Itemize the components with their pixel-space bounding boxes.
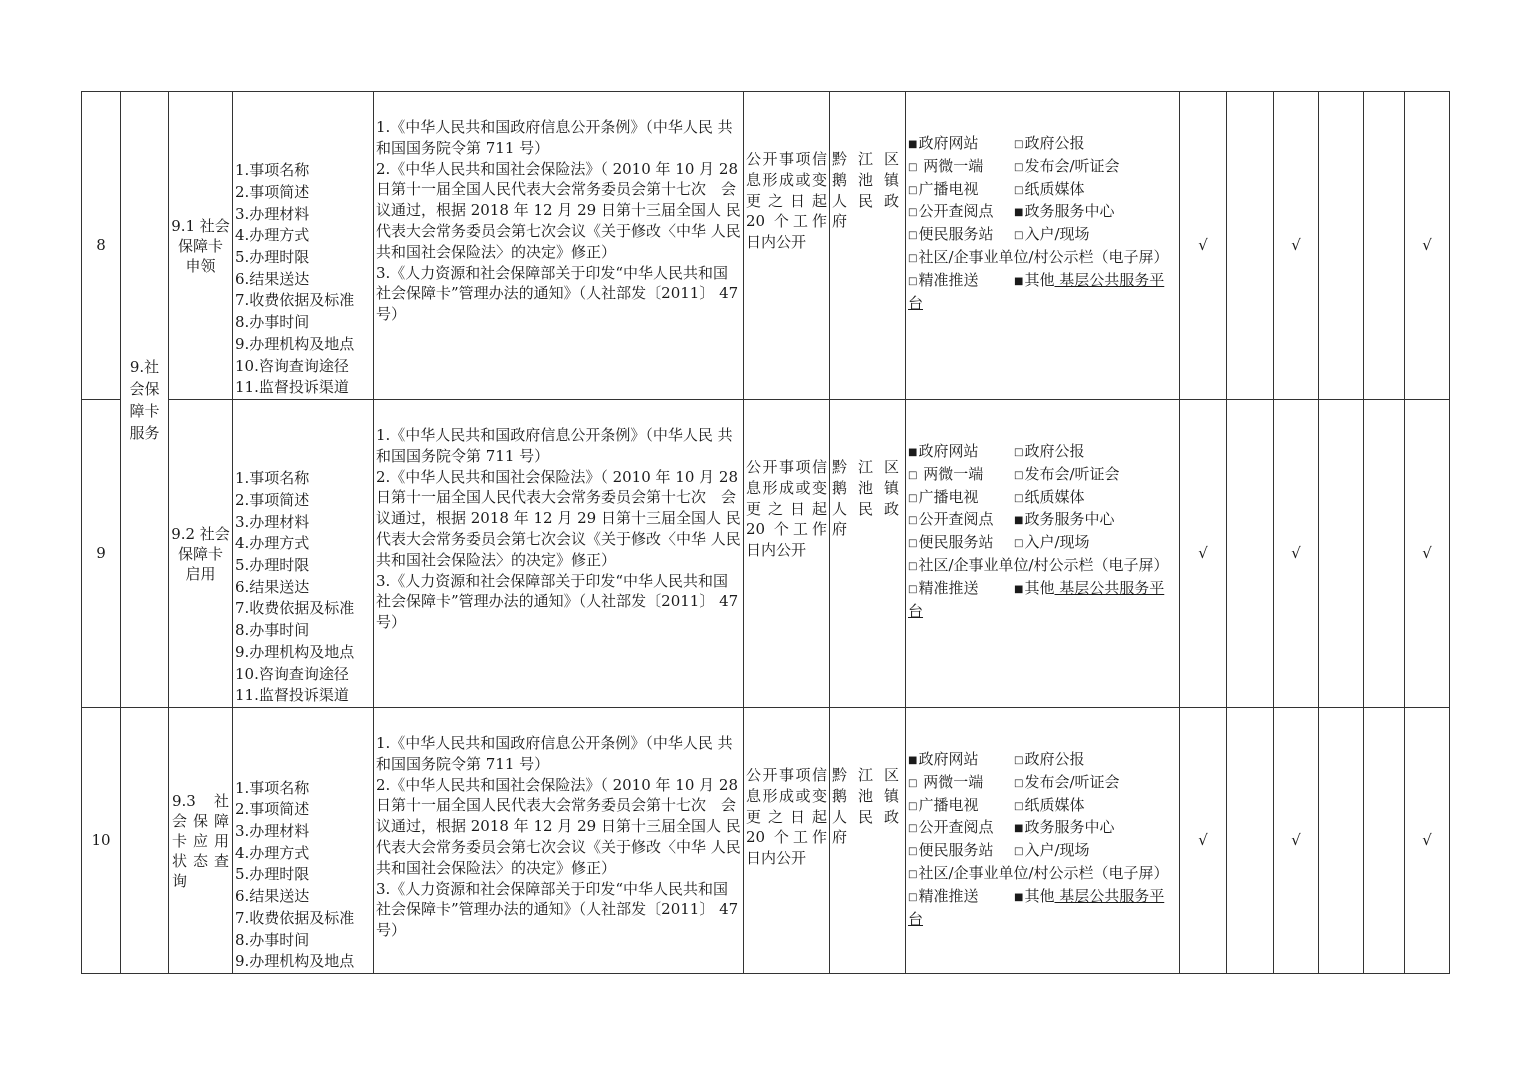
channel-label: 政务服务中心 (1024, 202, 1114, 220)
disclosure-channels: ■政府网站□政府公报□ 两微一端□发布会/听证会□广播电视□纸质媒体□公开查阅点… (906, 708, 1180, 974)
channel-line: □社区/企事业单位/村公示栏（电子屏） (908, 863, 1177, 886)
channel-line: □便民服务站□入户/现场 (908, 840, 1177, 863)
channel-label: 两微一端 (918, 157, 983, 175)
channel-label: 发布会/听证会 (1024, 465, 1119, 483)
element-item: 5.办理时限 (235, 247, 371, 269)
channel-option: □便民服务站 (908, 224, 1014, 247)
legal-basis: 1.《中华人民共和国政府信息公开条例》（中华人民 共和国国务院令第 711 号）… (374, 92, 744, 400)
channel-label: 纸质媒体 (1024, 796, 1084, 814)
element-item: 5.办理时限 (235, 864, 371, 886)
checkmark-cell: √ (1405, 92, 1450, 400)
channel-option: □社区/企事业单位/村公示栏（电子屏） (908, 556, 1169, 574)
channel-label: 入户/现场 (1024, 225, 1089, 243)
element-item: 1.事项名称 (235, 468, 371, 490)
checked-box-icon: ■ (1014, 823, 1023, 834)
category-cell: 9.社会保障卡服务 (121, 92, 169, 708)
unchecked-box-icon: □ (908, 801, 917, 812)
disclosure-subject: 黔江区鹅池镇人民政府 (830, 92, 906, 400)
channel-option: □纸质媒体 (1014, 796, 1084, 814)
item-name: 9.2 社会保障卡启用 (169, 400, 233, 708)
channel-option: □公开查阅点 (908, 201, 1014, 224)
channel-label: 入户/现场 (1024, 533, 1089, 551)
channel-option: ■政府网站 (908, 133, 1014, 156)
unchecked-box-icon: □ (908, 892, 917, 903)
channel-line: □公开查阅点■政务服务中心 (908, 201, 1177, 224)
element-item: 10.咨询查询途径 (235, 356, 371, 378)
channel-line: □广播电视□纸质媒体 (908, 795, 1177, 818)
channel-option: □便民服务站 (908, 840, 1014, 863)
channel-line: ■政府网站□政府公报 (908, 749, 1177, 772)
channel-option: ■政府网站 (908, 749, 1014, 772)
element-item: 4.办理方式 (235, 225, 371, 247)
legal-basis: 1.《中华人民共和国政府信息公开条例》（中华人民 共和国国务院令第 711 号）… (374, 400, 744, 708)
unchecked-box-icon: □ (908, 846, 917, 857)
unchecked-box-icon: □ (1014, 755, 1023, 766)
channel-label: 政府公报 (1024, 442, 1084, 460)
unchecked-box-icon: □ (908, 778, 917, 789)
channel-label: 其他 (1024, 887, 1054, 905)
check-cell (1364, 400, 1405, 708)
check-cell (1227, 92, 1274, 400)
element-item: 2.事项简述 (235, 182, 371, 204)
unchecked-box-icon: □ (1014, 447, 1023, 458)
channel-label: 精准推送 (918, 887, 978, 905)
element-item: 6.结果送达 (235, 269, 371, 291)
table-row: 8 9.社会保障卡服务 9.1 社会保障卡申领 1.事项名称2.事项简述3.办理… (82, 92, 1450, 400)
channel-option: □便民服务站 (908, 532, 1014, 555)
checked-box-icon: ■ (1014, 207, 1023, 218)
channel-option: ■政务服务中心 (1014, 202, 1114, 220)
channel-option: ■政府网站 (908, 441, 1014, 464)
channel-option: □精准推送 (908, 270, 1014, 293)
channel-option: □发布会/听证会 (1014, 157, 1120, 175)
channel-option: □入户/现场 (1014, 533, 1090, 551)
unchecked-box-icon: □ (908, 470, 917, 481)
basis-item: 3.《人力资源和社会保障部关于印发“中华人民共和国社会保障卡”管理办法的通知》（… (376, 263, 741, 325)
channel-line: □广播电视□纸质媒体 (908, 179, 1177, 202)
time-limit: 公开事项信息形成或变更之日起 20 个工作日内公开 (744, 400, 830, 708)
channel-line: □社区/企事业单位/村公示栏（电子屏） (908, 555, 1177, 578)
check-cell (1227, 400, 1274, 708)
category-cell (121, 708, 169, 974)
channel-label: 两微一端 (918, 773, 983, 791)
channel-option: □政府公报 (1014, 442, 1084, 460)
channel-label: 公开查阅点 (918, 202, 993, 220)
check-cell (1319, 92, 1364, 400)
unchecked-box-icon: □ (908, 276, 917, 287)
disclosure-subject: 黔江区鹅池镇人民政府 (830, 708, 906, 974)
channel-label: 政府公报 (1024, 750, 1084, 768)
element-item: 9.办理机构及地点 (235, 642, 371, 664)
channel-line: □公开查阅点■政务服务中心 (908, 817, 1177, 840)
channel-line: □公开查阅点■政务服务中心 (908, 509, 1177, 532)
channel-line: ■政府网站□政府公报 (908, 441, 1177, 464)
channel-option: □公开查阅点 (908, 817, 1014, 840)
check-cell (1319, 708, 1364, 974)
element-item: 10.咨询查询途径 (235, 664, 371, 686)
other-channel-value-cont: 台 (908, 909, 1177, 930)
channel-option: □广播电视 (908, 487, 1014, 510)
channel-option: □政府公报 (1014, 750, 1084, 768)
other-channel-value: 基层公共服务平 (1054, 579, 1164, 597)
unchecked-box-icon: □ (908, 869, 917, 880)
element-item: 3.办理材料 (235, 512, 371, 534)
channel-option: □公开查阅点 (908, 509, 1014, 532)
checked-box-icon: ■ (908, 139, 917, 150)
channel-label: 入户/现场 (1024, 841, 1089, 859)
unchecked-box-icon: □ (908, 561, 917, 572)
element-item: 9.办理机构及地点 (235, 951, 371, 973)
channel-label: 社区/企事业单位/村公示栏（电子屏） (918, 248, 1168, 266)
channel-label: 公开查阅点 (918, 510, 993, 528)
channel-label: 精准推送 (918, 271, 978, 289)
element-item: 11.监督投诉渠道 (235, 685, 371, 707)
basis-item: 2.《中华人民共和国社会保险法》（ 2010 年 10 月 28 日第十一届全国… (376, 467, 741, 571)
channel-line: □精准推送■其他 基层公共服务平 (908, 270, 1177, 293)
item-name: 9.3 社会保障卡应用状态查询 (169, 708, 233, 974)
channel-line: □广播电视□纸质媒体 (908, 487, 1177, 510)
channel-option: □入户/现场 (1014, 225, 1090, 243)
channel-label: 社区/企事业单位/村公示栏（电子屏） (918, 864, 1168, 882)
channel-line: ■政府网站□政府公报 (908, 133, 1177, 156)
channel-option: □发布会/听证会 (1014, 465, 1120, 483)
disclosure-elements: 1.事项名称2.事项简述3.办理材料4.办理方式5.办理时限6.结果送达7.收费… (233, 708, 374, 974)
basis-item: 2.《中华人民共和国社会保险法》（ 2010 年 10 月 28 日第十一届全国… (376, 775, 741, 879)
channel-label: 政府网站 (918, 750, 978, 768)
other-channel-value-cont: 台 (908, 293, 1177, 314)
channel-line: □便民服务站□入户/现场 (908, 224, 1177, 247)
channel-option: □社区/企事业单位/村公示栏（电子屏） (908, 864, 1169, 882)
channel-option: ■政务服务中心 (1014, 818, 1114, 836)
element-item: 8.办事时间 (235, 312, 371, 334)
channel-line: □便民服务站□入户/现场 (908, 532, 1177, 555)
checkmark-cell: √ (1180, 92, 1227, 400)
unchecked-box-icon: □ (1014, 493, 1023, 504)
unchecked-box-icon: □ (908, 185, 917, 196)
channel-option: □政府公报 (1014, 134, 1084, 152)
channel-line: □精准推送■其他 基层公共服务平 (908, 886, 1177, 909)
channel-option: ■其他 基层公共服务平 (1014, 579, 1164, 597)
element-item: 9.办理机构及地点 (235, 334, 371, 356)
legal-basis: 1.《中华人民共和国政府信息公开条例》（中华人民 共和国国务院令第 711 号）… (374, 708, 744, 974)
channel-label: 纸质媒体 (1024, 180, 1084, 198)
other-channel-value-cont: 台 (908, 601, 1177, 622)
channel-label: 政府公报 (1024, 134, 1084, 152)
unchecked-box-icon: □ (1014, 139, 1023, 150)
unchecked-box-icon: □ (908, 162, 917, 173)
checkmark-cell: √ (1180, 400, 1227, 708)
disclosure-table: 8 9.社会保障卡服务 9.1 社会保障卡申领 1.事项名称2.事项简述3.办理… (81, 91, 1450, 974)
channel-line: □ 两微一端□发布会/听证会 (908, 772, 1177, 795)
unchecked-box-icon: □ (908, 538, 917, 549)
other-channel-value: 基层公共服务平 (1054, 271, 1164, 289)
element-item: 2.事项简述 (235, 799, 371, 821)
unchecked-box-icon: □ (1014, 470, 1023, 481)
item-name: 9.1 社会保障卡申领 (169, 92, 233, 400)
element-item: 8.办事时间 (235, 930, 371, 952)
checkmark-cell: √ (1180, 708, 1227, 974)
disclosure-elements: 1.事项名称2.事项简述3.办理材料4.办理方式5.办理时限6.结果送达7.收费… (233, 400, 374, 708)
channel-label: 公开查阅点 (918, 818, 993, 836)
basis-item: 1.《中华人民共和国政府信息公开条例》（中华人民 共和国国务院令第 711 号） (376, 117, 741, 159)
channel-label: 政务服务中心 (1024, 510, 1114, 528)
channel-option: ■其他 基层公共服务平 (1014, 887, 1164, 905)
channel-option: □广播电视 (908, 179, 1014, 202)
element-item: 7.收费依据及标准 (235, 598, 371, 620)
basis-item: 1.《中华人民共和国政府信息公开条例》（中华人民 共和国国务院令第 711 号） (376, 733, 741, 775)
channel-label: 发布会/听证会 (1024, 157, 1119, 175)
row-number: 10 (82, 708, 121, 974)
element-item: 3.办理材料 (235, 821, 371, 843)
unchecked-box-icon: □ (1014, 230, 1023, 241)
channel-label: 其他 (1024, 271, 1054, 289)
unchecked-box-icon: □ (1014, 778, 1023, 789)
disclosure-subject: 黔江区鹅池镇人民政府 (830, 400, 906, 708)
channel-label: 便民服务站 (918, 225, 993, 243)
unchecked-box-icon: □ (908, 207, 917, 218)
element-item: 2.事项简述 (235, 490, 371, 512)
element-item: 1.事项名称 (235, 778, 371, 800)
unchecked-box-icon: □ (908, 230, 917, 241)
channel-option: □ 两微一端 (908, 772, 1014, 795)
channel-option: ■其他 基层公共服务平 (1014, 271, 1164, 289)
channel-label: 政府网站 (918, 442, 978, 460)
checked-box-icon: ■ (1014, 276, 1023, 287)
checked-box-icon: ■ (1014, 584, 1023, 595)
unchecked-box-icon: □ (1014, 801, 1023, 812)
channel-label: 两微一端 (918, 465, 983, 483)
checkmark-cell: √ (1274, 708, 1319, 974)
disclosure-channels: ■政府网站□政府公报□ 两微一端□发布会/听证会□广播电视□纸质媒体□公开查阅点… (906, 92, 1180, 400)
channel-option: □社区/企事业单位/村公示栏（电子屏） (908, 248, 1169, 266)
check-cell (1364, 708, 1405, 974)
channel-option: □ 两微一端 (908, 464, 1014, 487)
element-item: 3.办理材料 (235, 204, 371, 226)
channel-option: □广播电视 (908, 795, 1014, 818)
element-item: 11.监督投诉渠道 (235, 377, 371, 399)
element-item: 8.办事时间 (235, 620, 371, 642)
element-item: 1.事项名称 (235, 160, 371, 182)
unchecked-box-icon: □ (1014, 185, 1023, 196)
channel-line: □精准推送■其他 基层公共服务平 (908, 578, 1177, 601)
unchecked-box-icon: □ (1014, 846, 1023, 857)
table-row: 9 9.2 社会保障卡启用 1.事项名称2.事项简述3.办理材料4.办理方式5.… (82, 400, 1450, 708)
element-item: 7.收费依据及标准 (235, 290, 371, 312)
unchecked-box-icon: □ (908, 823, 917, 834)
unchecked-box-icon: □ (908, 515, 917, 526)
row-number: 8 (82, 92, 121, 400)
disclosure-channels: ■政府网站□政府公报□ 两微一端□发布会/听证会□广播电视□纸质媒体□公开查阅点… (906, 400, 1180, 708)
disclosure-elements: 1.事项名称2.事项简述3.办理材料4.办理方式5.办理时限6.结果送达7.收费… (233, 92, 374, 400)
basis-item: 2.《中华人民共和国社会保险法》（ 2010 年 10 月 28 日第十一届全国… (376, 159, 741, 263)
channel-label: 广播电视 (918, 488, 978, 506)
checkmark-cell: √ (1405, 400, 1450, 708)
channel-label: 广播电视 (918, 180, 978, 198)
unchecked-box-icon: □ (908, 253, 917, 264)
time-limit: 公开事项信息形成或变更之日起 20 个工作日内公开 (744, 708, 830, 974)
checkmark-cell: √ (1274, 92, 1319, 400)
basis-item: 3.《人力资源和社会保障部关于印发“中华人民共和国社会保障卡”管理办法的通知》（… (376, 571, 741, 633)
channel-label: 便民服务站 (918, 533, 993, 551)
checked-box-icon: ■ (1014, 515, 1023, 526)
channel-option: □入户/现场 (1014, 841, 1090, 859)
checkmark-cell: √ (1405, 708, 1450, 974)
check-cell (1319, 400, 1364, 708)
channel-label: 便民服务站 (918, 841, 993, 859)
row-number: 9 (82, 400, 121, 708)
checked-box-icon: ■ (1014, 892, 1023, 903)
element-item: 6.结果送达 (235, 577, 371, 599)
channel-line: □ 两微一端□发布会/听证会 (908, 464, 1177, 487)
category-label: 9.社会保障卡服务 (129, 358, 159, 442)
channel-label: 其他 (1024, 579, 1054, 597)
check-cell (1364, 92, 1405, 400)
channel-line: □社区/企事业单位/村公示栏（电子屏） (908, 247, 1177, 270)
channel-option: ■政务服务中心 (1014, 510, 1114, 528)
other-channel-value: 基层公共服务平 (1054, 887, 1164, 905)
unchecked-box-icon: □ (1014, 538, 1023, 549)
channel-option: □发布会/听证会 (1014, 773, 1120, 791)
basis-item: 1.《中华人民共和国政府信息公开条例》（中华人民 共和国国务院令第 711 号） (376, 425, 741, 467)
check-cell (1227, 708, 1274, 974)
channel-line: □ 两微一端□发布会/听证会 (908, 156, 1177, 179)
channel-label: 社区/企事业单位/村公示栏（电子屏） (918, 556, 1168, 574)
unchecked-box-icon: □ (908, 493, 917, 504)
element-item: 4.办理方式 (235, 533, 371, 555)
time-limit: 公开事项信息形成或变更之日起 20 个工作日内公开 (744, 92, 830, 400)
channel-label: 政府网站 (918, 134, 978, 152)
channel-option: □纸质媒体 (1014, 488, 1084, 506)
channel-label: 政务服务中心 (1024, 818, 1114, 836)
channel-label: 精准推送 (918, 579, 978, 597)
element-item: 6.结果送达 (235, 886, 371, 908)
channel-label: 广播电视 (918, 796, 978, 814)
checkmark-cell: √ (1274, 400, 1319, 708)
element-item: 4.办理方式 (235, 843, 371, 865)
basis-item: 3.《人力资源和社会保障部关于印发“中华人民共和国社会保障卡”管理办法的通知》（… (376, 879, 741, 941)
element-item: 5.办理时限 (235, 555, 371, 577)
channel-option: □ 两微一端 (908, 156, 1014, 179)
table-row: 10 9.3 社会保障卡应用状态查询 1.事项名称2.事项简述3.办理材料4.办… (82, 708, 1450, 974)
channel-label: 纸质媒体 (1024, 488, 1084, 506)
channel-option: □精准推送 (908, 578, 1014, 601)
channel-option: □纸质媒体 (1014, 180, 1084, 198)
element-item: 7.收费依据及标准 (235, 908, 371, 930)
unchecked-box-icon: □ (1014, 162, 1023, 173)
channel-option: □精准推送 (908, 886, 1014, 909)
checked-box-icon: ■ (908, 755, 917, 766)
unchecked-box-icon: □ (908, 584, 917, 595)
checked-box-icon: ■ (908, 447, 917, 458)
channel-label: 发布会/听证会 (1024, 773, 1119, 791)
